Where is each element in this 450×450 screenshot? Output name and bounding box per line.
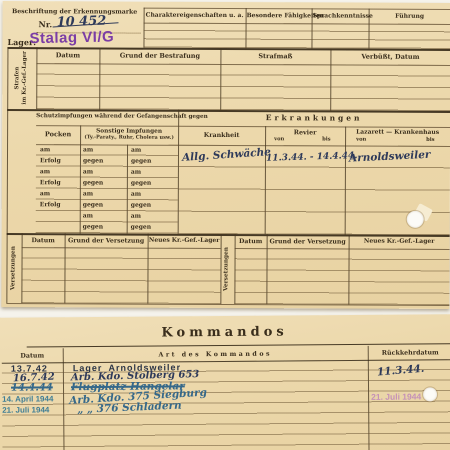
impfungen-title: Schutzimpfungen während der Gefangenscha… (36, 113, 178, 120)
label-gegen: gegen (83, 180, 103, 187)
col-sprachkenntnisse: Sprachkenntnisse (313, 13, 368, 20)
label-bis: bis (426, 138, 435, 144)
empty-rows (143, 23, 450, 49)
label-am: am (131, 192, 141, 199)
label-gegen: gegen (131, 225, 151, 232)
col-grund-der-versetzung: Grund der Versetzung (267, 238, 349, 245)
kommando-row-rueckkehr-stamp: 21. Juli 1944 (371, 391, 421, 401)
scanned-document: Beschriftung der Erkennungsmarke Nr. 10 … (0, 0, 450, 450)
nr-label: Nr. (39, 20, 53, 29)
punch-hole (423, 387, 437, 401)
versetzungen-side-text: Versetzungen (10, 246, 18, 290)
label-gegen: gegen (83, 158, 103, 165)
label-am: am (83, 191, 93, 198)
label-erfolg: Erfolg (40, 180, 61, 187)
col-rueckkehrdatum: Rückkehrdatum (368, 349, 450, 357)
erkrankungen-title: Erkrankungen (178, 114, 450, 124)
label-am: am (40, 147, 50, 154)
col-verbuesst-datum: Verbüßt, Datum (330, 53, 450, 61)
label-am: am (83, 147, 93, 154)
col-strafmass: Strafmaß (220, 53, 330, 61)
col-datum: Datum (36, 52, 99, 60)
empty-rows (234, 248, 449, 305)
col-neues-lager: Neues Kr.-Gef.-Lager (349, 239, 450, 246)
kommandos-title: Kommandos (0, 324, 450, 343)
kommando-row-datum: 14. April 1944 (2, 394, 53, 403)
versetzungen-side-label: Versetzungen (220, 234, 234, 304)
stalag-stamp: Stalag VI/G (29, 28, 114, 47)
col-datum: Datum (235, 238, 267, 245)
col-art-des-kommandos: Art des Kommandos (63, 350, 368, 360)
col-charaktereigenschaften: Charaktereigenschaften u. a. (145, 13, 245, 20)
empty-rows (36, 63, 450, 111)
rule (36, 125, 178, 127)
label-von: von (274, 137, 284, 143)
label-am: am (83, 169, 93, 176)
col-fuehrung: Führung (370, 14, 450, 21)
label-bis: bis (322, 137, 331, 143)
versetzungen-side-text: Versetzungen (224, 247, 232, 291)
empty-rows (21, 247, 220, 304)
label-gegen: gegen (131, 203, 151, 210)
col-neues-lager: Neues Kr.-Gef.-Lager (148, 238, 221, 245)
punch-hole (407, 211, 424, 228)
prisoner-number-handwritten: 10 452 (56, 14, 106, 31)
rule (178, 126, 450, 128)
label-gegen: gegen (83, 202, 103, 209)
col-krankheit: Krankheit (178, 132, 265, 140)
label-am: am (131, 148, 141, 155)
kommandos-card: Kommandos Datum Art des Kommandos Rückke… (0, 314, 450, 450)
label-am: am (40, 191, 50, 198)
kommando-row-datum: 21. Juli 1944 (2, 405, 49, 414)
rule (144, 8, 450, 10)
col-besondere-faehigkeiten: Besondere Fähigkeiten (247, 13, 311, 20)
col-pocken: Pocken (36, 131, 80, 139)
versetzungen-side-label: Versetzungen (6, 233, 21, 303)
label-am: am (131, 170, 141, 177)
pow-record-card: Beschriftung der Erkennungsmarke Nr. 10 … (1, 1, 450, 309)
col-sonstige-impfungen-sub: (Ty.-Paraty., Ruhr, Cholera usw.) (80, 135, 178, 141)
label-gegen: gegen (131, 159, 151, 166)
title-rule (27, 343, 450, 347)
label-von: von (356, 138, 366, 144)
col-datum: Datum (2, 352, 63, 360)
label-erfolg: Erfolg (40, 158, 61, 165)
label-gegen: gegen (131, 181, 151, 188)
col-grund-der-bestrafung: Grund der Bestrafung (99, 52, 220, 60)
col-grund-der-versetzung: Grund der Versetzung (65, 237, 148, 244)
strafen-side-line2: im Kr.-Gef.-Lager (22, 51, 30, 104)
label-gegen: gegen (83, 224, 103, 231)
strafen-side-label: Strafen im Kr.-Gef.-Lager (7, 47, 36, 109)
kommando-row-datum-struck: 14.4.44 (11, 382, 53, 393)
label-am: am (131, 214, 141, 221)
label-erfolg: Erfolg (40, 202, 61, 209)
label-am: am (83, 213, 93, 220)
col-datum: Datum (22, 237, 65, 244)
label-am: am (40, 169, 50, 176)
